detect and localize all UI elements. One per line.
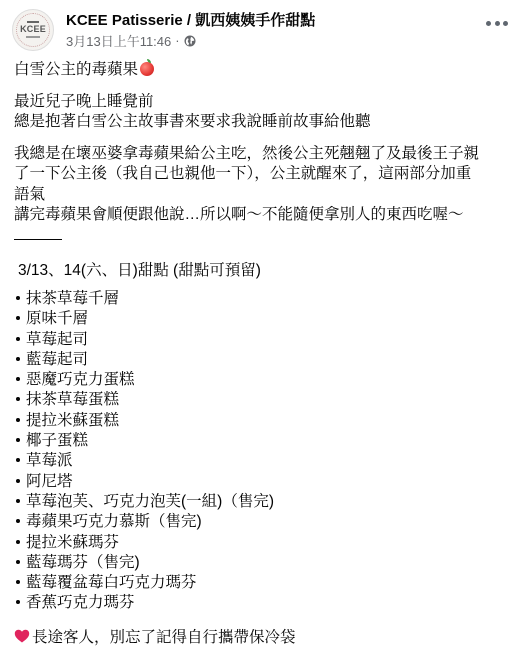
list-item: 原味千層 (14, 309, 274, 329)
list-item: 毒蘋果巧克力慕斯（售完) (14, 512, 274, 532)
list-item-label: 藍莓覆盆莓白巧克力瑪芬 (26, 574, 197, 591)
bullet-icon (16, 458, 20, 462)
heart-icon (14, 628, 30, 644)
list-item: 香蕉巧克力瑪芬 (14, 593, 274, 613)
bullet-icon (16, 560, 20, 564)
list-item: 惡魔巧克力蛋糕 (14, 370, 274, 390)
bullet-icon (16, 519, 20, 523)
paragraph-line: 了一下公主後（我自己也親他一下），公主就醒來了，這兩部分加重 (14, 164, 514, 185)
post-meta: 3月13日上午11:46 · (66, 31, 196, 50)
list-item: 藍莓覆盆莓白巧克力瑪芬 (14, 573, 274, 593)
bullet-icon (16, 580, 20, 584)
list-item: 草莓起司 (14, 330, 274, 350)
list-item: 提拉米蘇蛋糕 (14, 411, 274, 431)
page-name-link[interactable]: KCEE Patisserie / 凱西姨姨手作甜點 (66, 9, 315, 30)
list-item-label: 抹茶草莓千層 (26, 290, 119, 307)
post-footer-note: 長途客人，別忘了記得自行攜帶保冷袋 (14, 625, 296, 647)
post-header: KCEE KCEE Patisserie / 凱西姨姨手作甜點 3月13日上午1… (0, 0, 522, 54)
avatar-logo-text: KCEE (13, 24, 53, 34)
bullet-icon (16, 377, 20, 381)
list-item-label: 原味千層 (26, 310, 88, 327)
list-item: 抹茶草莓蛋糕 (14, 390, 274, 410)
meta-separator: · (175, 33, 179, 48)
list-item-label: 藍莓瑪芬（售完) (26, 554, 140, 571)
paragraph-line: 我總是在壞巫婆拿毒蘋果給公主吃，然後公主死翹翹了及最後王子親 (14, 144, 514, 165)
bullet-icon (16, 600, 20, 604)
paragraph-1: 最近兒子晚上睡覺前 總是抱著白雪公主故事書來要求我說睡前故事給他聽 (14, 92, 514, 133)
bullet-icon (16, 479, 20, 483)
bullet-icon (16, 337, 20, 341)
bullet-icon (16, 296, 20, 300)
list-item-label: 草莓泡芙、巧克力泡芙(一組)（售完) (26, 493, 274, 510)
footer-text: 長途客人，別忘了記得自行攜帶保冷袋 (32, 625, 296, 647)
bullet-icon (16, 499, 20, 503)
list-item-label: 草莓派 (26, 452, 73, 469)
post-title: 白雪公主的毒蘋果 (14, 60, 514, 81)
post-body: 白雪公主的毒蘋果 最近兒子晚上睡覺前 總是抱著白雪公主故事書來要求我說睡前故事給… (14, 60, 514, 237)
list-item-label: 椰子蛋糕 (26, 432, 88, 449)
list-item-label: 抹茶草莓蛋糕 (26, 391, 119, 408)
list-item-label: 阿尼塔 (26, 473, 73, 490)
bullet-icon (16, 540, 20, 544)
globe-icon[interactable] (184, 35, 196, 47)
apple-icon (140, 62, 154, 76)
list-item: 提拉米蘇瑪芬 (14, 533, 274, 553)
list-item: 藍莓瑪芬（售完) (14, 553, 274, 573)
bullet-icon (16, 418, 20, 422)
list-item: 草莓泡芙、巧克力泡芙(一組)（售完) (14, 492, 274, 512)
list-item: 阿尼塔 (14, 472, 274, 492)
paragraph-2: 我總是在壞巫婆拿毒蘋果給公主吃，然後公主死翹翹了及最後王子親 了一下公主後（我自… (14, 144, 514, 226)
bullet-icon (16, 438, 20, 442)
bullet-icon (16, 316, 20, 320)
menu-title: 3/13、14(六、日)甜點 (甜點可預留) (18, 258, 261, 280)
paragraph-line: 總是抱著白雪公主故事書來要求我說睡前故事給他聽 (14, 112, 514, 133)
more-options-icon[interactable] (486, 18, 508, 28)
list-item-label: 提拉米蘇蛋糕 (26, 412, 119, 429)
dessert-list: 抹茶草莓千層 原味千層 草莓起司 藍莓起司 惡魔巧克力蛋糕 抹茶草莓蛋糕 提拉米… (14, 289, 274, 614)
list-item-label: 惡魔巧克力蛋糕 (26, 371, 135, 388)
list-item-label: 藍莓起司 (26, 351, 88, 368)
avatar-whisk-mark (27, 21, 39, 23)
bullet-icon (16, 357, 20, 361)
paragraph-line: 語氣 (14, 185, 514, 206)
list-item-label: 毒蘋果巧克力慕斯（售完) (26, 513, 202, 530)
divider (14, 239, 62, 240)
avatar-sub-mark (26, 36, 40, 38)
post-title-text: 白雪公主的毒蘋果 (14, 61, 138, 78)
list-item: 草莓派 (14, 451, 274, 471)
list-item: 椰子蛋糕 (14, 431, 274, 451)
list-item-label: 香蕉巧克力瑪芬 (26, 594, 135, 611)
list-item: 抹茶草莓千層 (14, 289, 274, 309)
list-item-label: 草莓起司 (26, 331, 88, 348)
paragraph-line: 最近兒子晚上睡覺前 (14, 92, 514, 113)
list-item-label: 提拉米蘇瑪芬 (26, 534, 119, 551)
avatar[interactable]: KCEE (12, 9, 54, 51)
post-timestamp[interactable]: 3月13日上午11:46 (66, 31, 171, 50)
paragraph-line: 講完毒蘋果會順便跟他說…所以啊～不能隨便拿別人的東西吃喔～ (14, 205, 514, 226)
list-item: 藍莓起司 (14, 350, 274, 370)
bullet-icon (16, 397, 20, 401)
